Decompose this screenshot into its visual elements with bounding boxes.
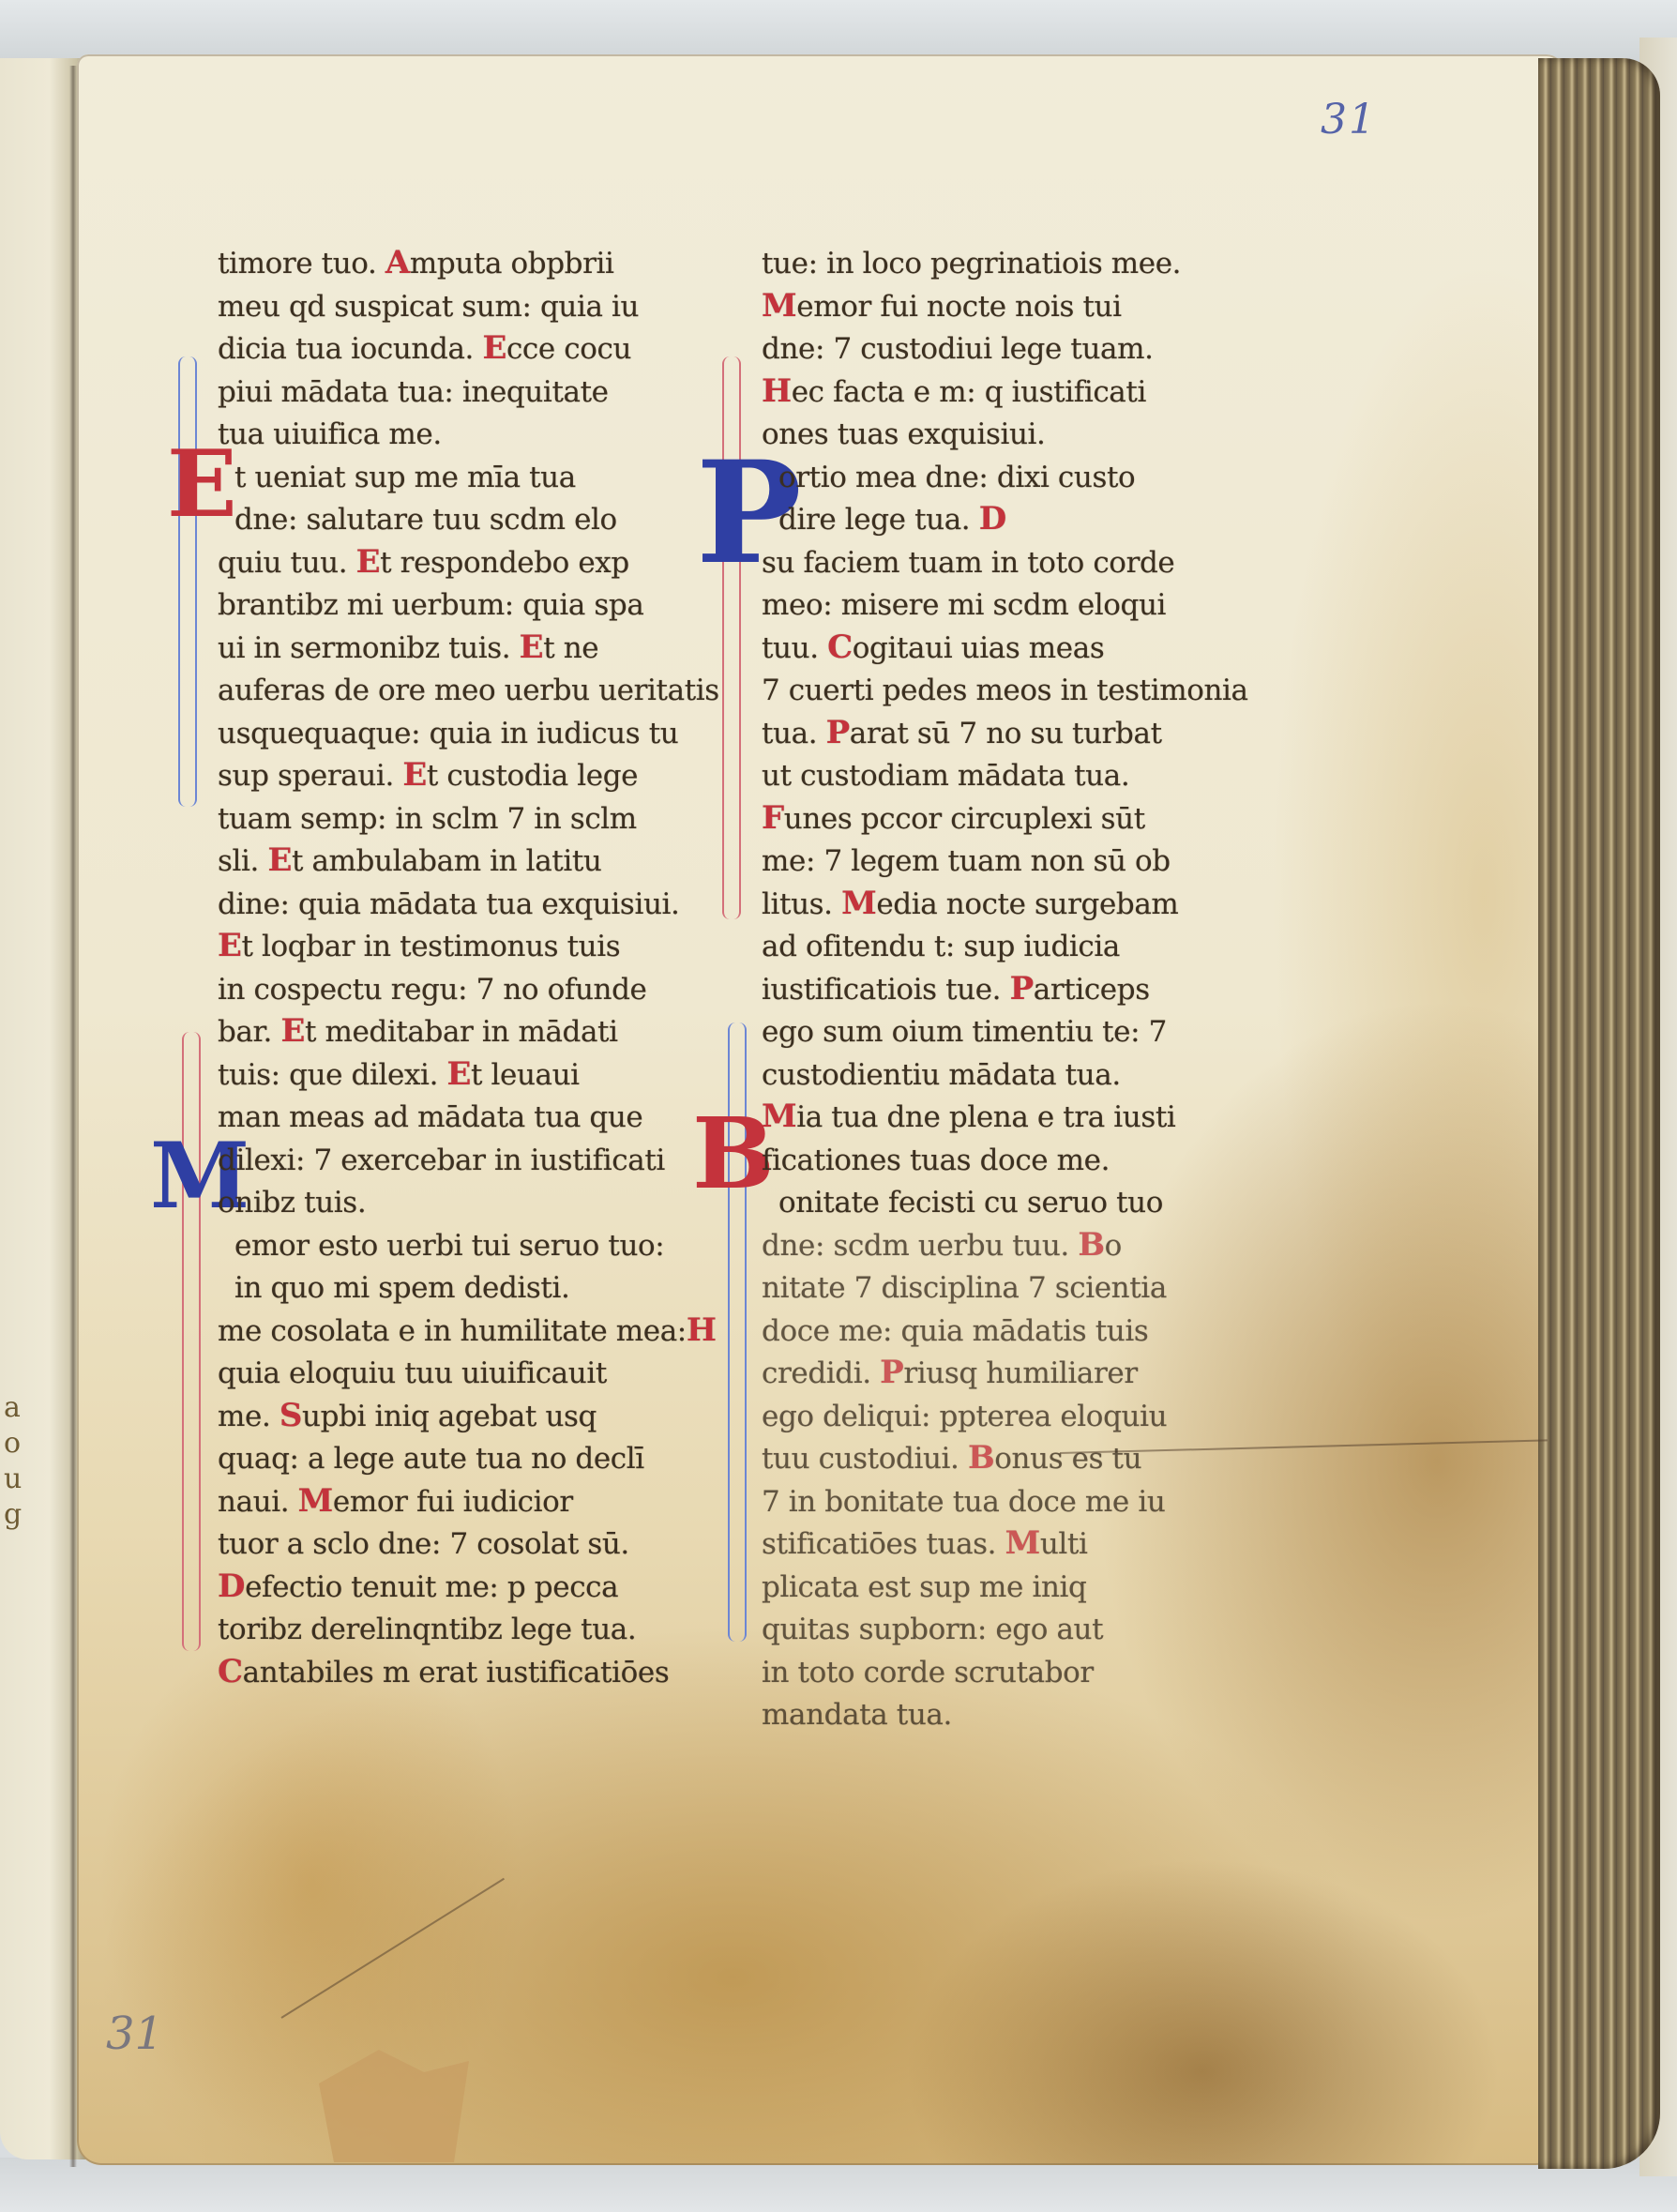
text-line: naui. Memor fui iudicior (218, 1480, 705, 1523)
text-line: in cospectu regu: 7 no ofunde (218, 968, 705, 1011)
text-line: dilexi: 7 exercebar in iustificati (218, 1139, 705, 1182)
text-line: tuam semp: in sclm 7 in sclm (218, 797, 705, 841)
text-segment: quiu tuu. (218, 546, 356, 580)
text-line: doce me: quia mādatis tuis (762, 1310, 1254, 1353)
text-segment: me cosolata e in humilitate mea: (218, 1314, 687, 1348)
text-segment: quia eloquiu tuu uiuificauit (218, 1356, 607, 1390)
rubricated-letter: H (687, 1311, 717, 1349)
text-segment: nitate 7 disciplina 7 scientia (762, 1271, 1167, 1305)
text-segment: ortio mea dne: dixi custo (778, 461, 1135, 494)
text-segment: tuor a sclo dne: 7 cosolat sū. (218, 1527, 629, 1561)
text-segment: onitate fecisti cu seruo tuo (778, 1186, 1163, 1220)
rubricated-letter: B (968, 1439, 994, 1477)
text-segment: t ambulabam in latitu (292, 844, 602, 878)
text-line: tue: in loco pegrinatiois mee. (762, 242, 1254, 285)
rubricated-letter: D (218, 1568, 245, 1605)
text-segment: t ueniat sup me mīa tua (234, 461, 576, 494)
text-line: dire lege tua. D (762, 498, 1254, 541)
text-segment: brantibz mi uerbum: quia spa (218, 588, 643, 622)
rubricated-letter: E (356, 543, 381, 581)
text-segment: mandata tua. (762, 1698, 952, 1732)
text-segment: mputa obpbrii (410, 247, 614, 280)
text-segment: man meas ad mādata tua que (218, 1100, 642, 1134)
text-segment: quaq: a lege aute tua no declī (218, 1442, 644, 1476)
text-line: in toto corde scrutabor (762, 1651, 1254, 1694)
rubricated-letter: E (402, 756, 427, 794)
text-segment: tuu custodiui. (762, 1442, 968, 1476)
text-segment: upbi iniq agebat usq (302, 1400, 597, 1433)
text-segment: ia tua dne plena e tra iusti (796, 1100, 1175, 1134)
rubricated-letter: B (1078, 1226, 1104, 1264)
text-segment: ec facta e m: q iustificati (792, 375, 1146, 409)
text-segment: emor fui nocte nois tui (796, 290, 1121, 324)
text-column-left: timore tuo. Amputa obpbriimeu qd suspica… (218, 242, 705, 1693)
text-column-right: tue: in loco pegrinatiois mee.Memor fui … (762, 242, 1254, 1736)
text-line: dine: quia mādata tua exquisiui. (218, 883, 705, 926)
text-line: emor esto uerbi tui seruo tuo: (218, 1224, 705, 1267)
text-segment: 7 cuerti pedes meos in testimonia (762, 674, 1248, 707)
text-segment: t loqbar in testimonus tuis (242, 930, 621, 963)
rubricated-letter: M (762, 1098, 796, 1135)
text-segment: tue: in loco pegrinatiois mee. (762, 247, 1181, 280)
text-segment: dicia tua iocunda. (218, 332, 482, 366)
text-segment: custodientiu mādata tua. (762, 1058, 1121, 1092)
text-segment: emor fui iudicior (333, 1485, 573, 1519)
text-segment: antabiles m erat iustificatiōes (243, 1656, 670, 1689)
text-line: ones tuas exquisiui. (762, 413, 1254, 456)
text-line: onibz tuis. (218, 1181, 705, 1224)
text-segment: stificatiōes tuas. (762, 1527, 1005, 1561)
text-line: litus. Media nocte surgebam (762, 883, 1254, 926)
verso-char: a (4, 1390, 22, 1426)
rubricated-letter: M (1005, 1524, 1040, 1562)
text-line: brantibz mi uerbum: quia spa (218, 583, 705, 627)
text-line: piui mādata tua: inequitate (218, 371, 705, 414)
rubricated-letter: C (218, 1653, 243, 1690)
text-line: 7 cuerti pedes meos in testimonia (762, 669, 1254, 712)
text-segment: auferas de ore meo uerbu ueritatis (218, 674, 719, 707)
text-line: me. Supbi iniq agebat usq (218, 1395, 705, 1438)
rubricated-letter: E (482, 329, 506, 367)
text-line: mandata tua. (762, 1693, 1254, 1736)
text-line: ut custodiam mādata tua. (762, 754, 1254, 797)
text-line: t ueniat sup me mīa tua (218, 456, 705, 499)
text-line: tua uiuifica me. (218, 413, 705, 456)
text-segment: meo: misere mi scdm eloqui (762, 588, 1166, 622)
text-line: ad ofitendu t: sup iudicia (762, 925, 1254, 968)
text-segment: ones tuas exquisiui. (762, 417, 1046, 451)
text-segment: toribz derelinqntibz lege tua. (218, 1613, 636, 1646)
text-segment: doce me: quia mādatis tuis (762, 1314, 1148, 1348)
text-line: timore tuo. Amputa obpbrii (218, 242, 705, 285)
text-segment: plicata est sup me iniq (762, 1570, 1086, 1604)
text-segment: in cospectu regu: 7 no ofunde (218, 973, 647, 1007)
text-segment: sup speraui. (218, 759, 402, 793)
text-segment: dne: scdm uerbu tuu. (762, 1229, 1078, 1263)
text-line: dne: 7 custodiui lege tuam. (762, 327, 1254, 371)
rubricated-letter: M (298, 1482, 333, 1520)
rubricated-letter: S (279, 1397, 302, 1434)
text-line: su faciem tuam in toto corde (762, 541, 1254, 584)
text-segment: usquequaque: quia in iudicus tu (218, 717, 678, 750)
verso-char: u (4, 1462, 22, 1497)
verso-char: g (4, 1497, 22, 1533)
rubricated-letter: H (762, 372, 792, 410)
text-segment: riusq humiliarer (903, 1356, 1137, 1390)
text-segment: dne: 7 custodiui lege tuam. (762, 332, 1154, 366)
text-segment: in quo mi spem dedisti. (234, 1271, 569, 1305)
rubricated-letter: A (385, 244, 410, 281)
text-line: me: 7 legem tuam non sū ob (762, 840, 1254, 883)
text-segment: ogitaui uias meas (853, 631, 1105, 665)
text-segment: t leuaui (471, 1058, 580, 1092)
text-line: nitate 7 disciplina 7 scientia (762, 1266, 1254, 1310)
text-line: meu qd suspicat sum: quia iu (218, 285, 705, 328)
text-segment: meu qd suspicat sum: quia iu (218, 290, 639, 324)
folio-number: 31 (1321, 96, 1377, 144)
text-segment: t meditabar in mādati (305, 1015, 618, 1049)
text-line: sup speraui. Et custodia lege (218, 754, 705, 797)
text-segment: onibz tuis. (218, 1186, 366, 1220)
text-line: quia eloquiu tuu uiuificauit (218, 1352, 705, 1395)
text-line: tua. Parat sū 7 no su turbat (762, 712, 1254, 755)
text-line: meo: misere mi scdm eloqui (762, 583, 1254, 627)
text-segment: articeps (1034, 973, 1150, 1007)
folio-number-bottom: 31 (106, 2007, 163, 2060)
text-line: dne: scdm uerbu tuu. Bo (762, 1224, 1254, 1267)
text-line: dicia tua iocunda. Ecce cocu (218, 327, 705, 371)
text-segment: quitas supborn: ego aut (762, 1613, 1103, 1646)
rubricated-letter: D (979, 500, 1006, 538)
text-segment: dine: quia mādata tua exquisiui. (218, 887, 680, 921)
text-line: stificatiōes tuas. Multi (762, 1523, 1254, 1566)
text-segment: credidi. (762, 1356, 880, 1390)
text-line: ego deliqui: ppterea eloquiu (762, 1395, 1254, 1438)
text-segment: dire lege tua. (778, 503, 979, 537)
verso-text-fragment: a o u g (4, 1390, 22, 1533)
text-segment: iustificatiois tue. (762, 973, 1010, 1007)
text-segment: timore tuo. (218, 247, 385, 280)
text-segment: naui. (218, 1485, 298, 1519)
text-segment: ad ofitendu t: sup iudicia (762, 930, 1120, 963)
text-segment: ui in sermonibz tuis. (218, 631, 520, 665)
verso-char: o (4, 1426, 22, 1462)
text-line: tuu custodiui. Bonus es tu (762, 1437, 1254, 1480)
text-line: onitate fecisti cu seruo tuo (762, 1181, 1254, 1224)
text-segment: ego deliqui: ppterea eloquiu (762, 1400, 1167, 1433)
text-segment: cce cocu (506, 332, 631, 366)
text-segment: ulti (1040, 1527, 1088, 1561)
rubricated-letter: M (762, 287, 796, 325)
rubricated-letter: E (218, 927, 242, 964)
text-segment: me: 7 legem tuam non sū ob (762, 844, 1171, 878)
text-segment: litus. (762, 887, 841, 921)
text-line: tuis: que dilexi. Et leuaui (218, 1053, 705, 1097)
backdrop-bottom (0, 2158, 1677, 2212)
text-line: quiu tuu. Et respondebo exp (218, 541, 705, 584)
text-segment: su faciem tuam in toto corde (762, 546, 1174, 580)
text-line: tuor a sclo dne: 7 cosolat sū. (218, 1523, 705, 1566)
text-line: Funes pccor circuplexi sūt (762, 797, 1254, 841)
text-line: Defectio tenuit me: p pecca (218, 1566, 705, 1609)
text-segment: t ne (543, 631, 598, 665)
text-line: man meas ad mādata tua que (218, 1096, 705, 1139)
rubricated-letter: E (267, 841, 292, 879)
rubricated-letter: M (841, 885, 876, 922)
text-line: ego sum oium timentiu te: 7 (762, 1010, 1254, 1053)
text-line: Hec facta e m: q iustificati (762, 371, 1254, 414)
rubricated-letter: P (880, 1354, 903, 1391)
gutter-shadow (69, 66, 77, 2167)
text-line: sli. Et ambulabam in latitu (218, 840, 705, 883)
text-segment: sli. (218, 844, 267, 878)
text-segment: t respondebo exp (380, 546, 629, 580)
text-segment: ego sum oium timentiu te: 7 (762, 1015, 1167, 1049)
text-line: Cantabiles m erat iustificatiōes (218, 1651, 705, 1694)
fore-edge-page-stack (1538, 58, 1660, 2169)
text-segment: edia nocte surgebam (876, 887, 1178, 921)
text-line: me cosolata e in humilitate mea:H (218, 1310, 705, 1353)
text-segment: bar. (218, 1015, 280, 1049)
text-segment: ficationes tuas doce me. (762, 1144, 1110, 1177)
text-segment: piui mādata tua: inequitate (218, 375, 609, 409)
rubricated-letter: P (826, 714, 850, 751)
rubricated-letter: P (1010, 970, 1034, 1008)
text-segment: me. (218, 1400, 279, 1433)
rubricated-letter: C (827, 629, 853, 666)
text-line: quitas supborn: ego aut (762, 1608, 1254, 1651)
text-segment: o (1105, 1229, 1122, 1263)
text-line: dne: salutare tuu scdm elo (218, 498, 705, 541)
rubricated-letter: E (446, 1055, 471, 1093)
rubricated-letter: E (280, 1012, 305, 1050)
text-line: Mia tua dne plena e tra iusti (762, 1096, 1254, 1139)
text-segment: efectio tenuit me: p pecca (245, 1570, 618, 1604)
text-segment: ut custodiam mādata tua. (762, 759, 1129, 793)
text-segment: dne: salutare tuu scdm elo (234, 503, 617, 537)
text-segment: 7 in bonitate tua doce me iu (762, 1485, 1165, 1519)
text-line: ficationes tuas doce me. (762, 1139, 1254, 1182)
text-segment: unes pccor circuplexi sūt (784, 802, 1145, 836)
text-line: Et loqbar in testimonus tuis (218, 925, 705, 968)
text-line: Memor fui nocte nois tui (762, 285, 1254, 328)
text-line: in quo mi spem dedisti. (218, 1266, 705, 1310)
text-line: ortio mea dne: dixi custo (762, 456, 1254, 499)
text-line: toribz derelinqntibz lege tua. (218, 1608, 705, 1651)
text-segment: dilexi: 7 exercebar in iustificati (218, 1144, 665, 1177)
text-segment: tua uiuifica me. (218, 417, 442, 451)
text-line: custodientiu mādata tua. (762, 1053, 1254, 1097)
text-line: tuu. Cogitaui uias meas (762, 627, 1254, 670)
text-line: bar. Et meditabar in mādati (218, 1010, 705, 1053)
text-segment: tuu. (762, 631, 827, 665)
text-segment: tuam semp: in sclm 7 in sclm (218, 802, 637, 836)
text-segment: emor esto uerbi tui seruo tuo: (234, 1229, 664, 1263)
text-segment: in toto corde scrutabor (762, 1656, 1094, 1689)
text-line: credidi. Priusq humiliarer (762, 1352, 1254, 1395)
rubricated-letter: E (520, 629, 544, 666)
rubricated-letter: F (762, 799, 784, 837)
text-segment: tuis: que dilexi. (218, 1058, 446, 1092)
text-segment: t custodia lege (427, 759, 638, 793)
text-line: 7 in bonitate tua doce me iu (762, 1480, 1254, 1523)
text-line: quaq: a lege aute tua no declī (218, 1437, 705, 1480)
text-segment: arat sū 7 no su turbat (850, 717, 1162, 750)
text-line: auferas de ore meo uerbu ueritatis (218, 669, 705, 712)
penwork-flourish-blue (178, 356, 197, 807)
text-line: iustificatiois tue. Particeps (762, 968, 1254, 1011)
text-line: plicata est sup me iniq (762, 1566, 1254, 1609)
text-segment: tua. (762, 717, 826, 750)
text-segment: onus es tu (994, 1442, 1141, 1476)
text-line: usquequaque: quia in iudicus tu (218, 712, 705, 755)
text-line: ui in sermonibz tuis. Et ne (218, 627, 705, 670)
